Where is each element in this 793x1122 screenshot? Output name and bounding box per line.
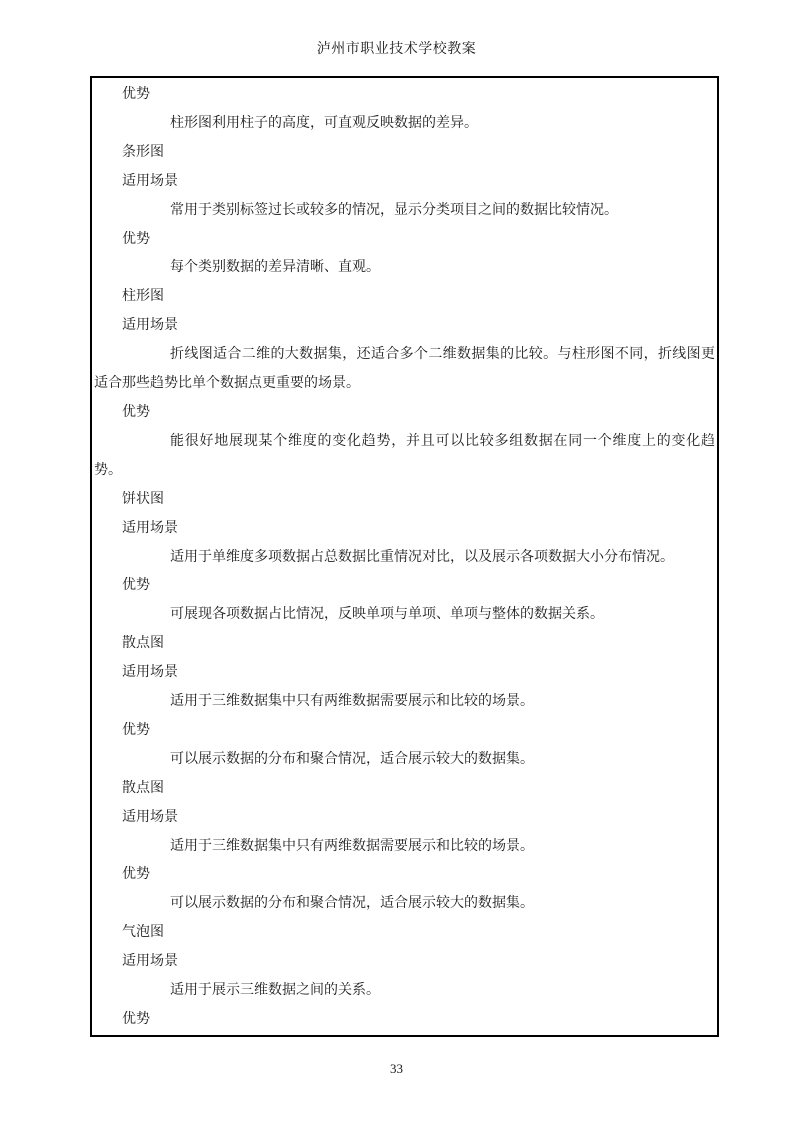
chart-type-heading: 散点图 bbox=[122, 775, 715, 804]
paragraph-text: 可从多维度展示数据信息。 bbox=[94, 1035, 715, 1037]
subsection-heading-scenario: 适用场景 bbox=[122, 804, 715, 833]
subsection-heading-advantage: 优势 bbox=[122, 861, 715, 890]
subsection-heading-scenario: 适用场景 bbox=[122, 168, 715, 197]
paragraph-text: 适用于三维数据集中只有两维数据需要展示和比较的场景。 bbox=[94, 833, 715, 862]
paragraph-text: 可展现各项数据占比情况，反映单项与单项、单项与整体的数据关系。 bbox=[94, 601, 715, 630]
document-page: 泸州市职业技术学校教案 优势 柱形图利用柱子的高度，可直观反映数据的差异。 条形… bbox=[0, 0, 793, 1122]
subsection-heading-advantage: 优势 bbox=[122, 81, 715, 110]
paragraph-text: 每个类别数据的差异清晰、直观。 bbox=[94, 254, 715, 283]
chart-type-heading: 饼状图 bbox=[122, 486, 715, 515]
chart-type-heading: 柱形图 bbox=[122, 283, 715, 312]
chart-type-heading: 条形图 bbox=[122, 139, 715, 168]
subsection-heading-scenario: 适用场景 bbox=[122, 659, 715, 688]
paragraph-text: 可以展示数据的分布和聚合情况，适合展示较大的数据集。 bbox=[94, 890, 715, 919]
subsection-heading-advantage: 优势 bbox=[122, 399, 715, 428]
paragraph-text: 折线图适合二维的大数据集，还适合多个二维数据集的比较。与柱形图不同，折线图更适合… bbox=[94, 341, 715, 399]
paragraph-text: 常用于类别标签过长或较多的情况，显示分类项目之间的数据比较情况。 bbox=[94, 197, 715, 226]
page-header-title: 泸州市职业技术学校教案 bbox=[0, 38, 793, 58]
subsection-heading-scenario: 适用场景 bbox=[122, 948, 715, 977]
paragraph-text: 适用于单维度多项数据占总数据比重情况对比，以及展示各项数据大小分布情况。 bbox=[94, 544, 715, 573]
paragraph-text: 可以展示数据的分布和聚合情况，适合展示较大的数据集。 bbox=[94, 746, 715, 775]
chart-type-heading: 散点图 bbox=[122, 630, 715, 659]
paragraph-text: 柱形图利用柱子的高度，可直观反映数据的差异。 bbox=[94, 110, 715, 139]
subsection-heading-advantage: 优势 bbox=[122, 717, 715, 746]
lesson-plan-content-box: 优势 柱形图利用柱子的高度，可直观反映数据的差异。 条形图 适用场景 常用于类别… bbox=[90, 76, 719, 1037]
chart-type-heading: 气泡图 bbox=[122, 919, 715, 948]
subsection-heading-advantage: 优势 bbox=[122, 572, 715, 601]
subsection-heading-advantage: 优势 bbox=[122, 226, 715, 255]
paragraph-text: 能很好地展现某个维度的变化趋势，并且可以比较多组数据在同一个维度上的变化趋势。 bbox=[94, 428, 715, 486]
subsection-heading-scenario: 适用场景 bbox=[122, 515, 715, 544]
subsection-heading-advantage: 优势 bbox=[122, 1006, 715, 1035]
page-number: 33 bbox=[0, 1061, 793, 1077]
paragraph-text: 适用于三维数据集中只有两维数据需要展示和比较的场景。 bbox=[94, 688, 715, 717]
paragraph-text: 适用于展示三维数据之间的关系。 bbox=[94, 977, 715, 1006]
subsection-heading-scenario: 适用场景 bbox=[122, 312, 715, 341]
